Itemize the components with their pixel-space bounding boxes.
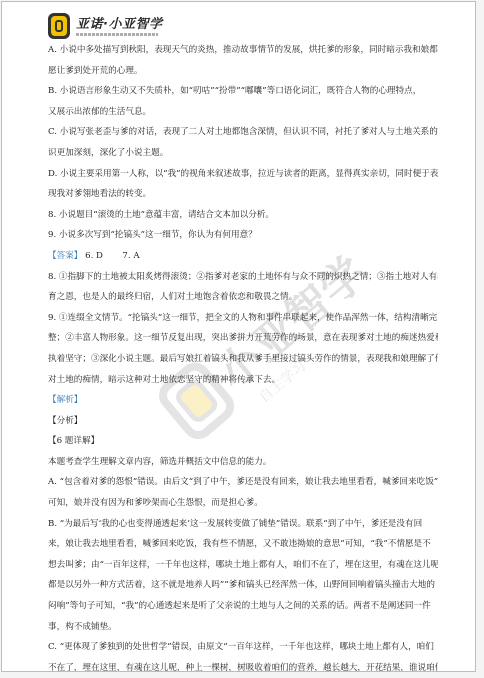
option-a-line-1: A. 小说中多处描写到秋阳，表现天气的炎热，推动故事情节的发展，烘托爹的形象，同…: [48, 40, 438, 61]
detail-line: A. “包含着对爹的怨恨”错误。由后文“到了中午，爹还是没有回来，娘让我去地里看…: [48, 472, 438, 493]
answer-9-line-4: 对土地的痴情，暗示这种对土地依恋坚守的精神将传承下去。: [48, 370, 438, 391]
document-page: 亚诺·小亚智学 小亚智学 自主学习 A. 小说中多处描写到秋阳，表现天气的炎热，…: [1, 1, 476, 672]
detail-line: 可知，娘并没有因为和爹吵架而心生怨恨，而是担心爹。: [48, 493, 438, 514]
question-8: 8. 小说题目“滚烫的土地”意蕴丰富，请结合文本加以分析。: [48, 205, 438, 226]
detail-line: 本题考查学生理解文章内容，筛选并概括文中信息的能力。: [48, 452, 438, 473]
detail-line: 不在了，埋在这里，有魂在这儿呢，种上一棵树，树吸收着咱们的营养，越长越大，开花结…: [48, 658, 438, 672]
detail-6-label: 【6 题详解】: [48, 431, 438, 452]
brand-tagline: [76, 33, 158, 36]
detail-line: 来，娘让我去地里看看，喊爹回来吃饭，我有些不情愿，又不敢违拗娘的意思”可知，“我…: [48, 534, 438, 555]
page-header: 亚诺·小亚智学: [48, 10, 162, 42]
fenxi-label: 【分析】: [48, 411, 438, 432]
option-b-line-2: 又展示出浓郁的生活气息。: [48, 102, 438, 123]
brand-name: 亚诺·小亚智学: [76, 17, 162, 32]
answer-8-line-1: 8. ①指脚下的土地被太阳炙烤得滚烫；②指爹对老家的土地怀有与众不同的炽热之情；…: [48, 267, 438, 288]
answer-9-line-1: 9. ①连缀全文情节。“抡镐头”这一细节，把全文的人物和事件串联起来，使作品浑然…: [48, 308, 438, 329]
detail-line: B. “为最后写‘我的心也变得通透起来’这一发展转变做了铺垫”错误。联系“到了中…: [48, 514, 438, 535]
detail-line: 事，构不成铺垫。: [48, 617, 438, 638]
option-c-line-2: 识更加深刻，深化了小说主题。: [48, 143, 438, 164]
answer-q6: 6. D: [85, 251, 103, 261]
answer-9-line-2: 整；②丰富人物形象。这一细节反复出现，突出爹拼力开荒劳作的场景，意在表现爹对土地…: [48, 328, 438, 349]
question-9: 9. 小说多次写到“抡镐头”这一细节，你认为有何用意？: [48, 225, 438, 246]
option-d-line-1: D. 小说主要采用第一人称，以“我”的视角来叙述故事，拉近与读者的距离，显得真实…: [48, 164, 438, 185]
brand-logo-icon: [48, 13, 70, 39]
option-b-line-1: B. 小说语言形象生动又不失质朴，如“叨咕”“扮带”“嘟囔”等口语化词汇，既符合…: [48, 81, 438, 102]
option-d-line-2: 现我对爹翎地看法的转变。: [48, 184, 438, 205]
option-c-line-1: C. 小说写张老歪与爹的对话，表现了二人对土地都饱含深情，但认识不同，衬托了爹对…: [48, 122, 438, 143]
answer-8-line-2: 育之恩，也是人的最终归宿，人们对土地饱含着依恋和敬畏之情。: [48, 287, 438, 308]
jiexi-label: 【解析】: [48, 390, 438, 411]
detail-line: 都是以另外一种方式活着，这不就是地养人吗”“爹和镐头已经浑然一体，山野间回响着镐…: [48, 575, 438, 596]
answer-q7: 7. A: [122, 251, 139, 261]
detail-line: C. “更体现了爹独到的处世哲学”错误，由原文“一百年这样，一千年也这样，哪块土…: [48, 637, 438, 658]
document-body: A. 小说中多处描写到秋阳，表现天气的炎热，推动故事情节的发展，烘托爹的形象，同…: [48, 40, 438, 672]
option-a-line-2: 愿让爹到处开荒的心理。: [48, 61, 438, 82]
answer-line: 【答案】 6. D 7. A: [48, 246, 438, 267]
answer-9-line-3: 执着坚守；③深化小说主题。最后写娘扛着镐头和我从爹手里接过镐头劳作的情景，表现我…: [48, 349, 438, 370]
answer-label: 【答案】: [48, 251, 82, 261]
detail-line: 想去叫爹；由“一百年这样，一千年也这样，哪块土地上都有人，咱们不在了，埋在这里，…: [48, 555, 438, 576]
detail-line: 闷响”等句子可知，“我”的心通透起来是听了父亲说的土地与人之间的关系的话。两者不…: [48, 596, 438, 617]
brand-block: 亚诺·小亚智学: [76, 17, 162, 36]
